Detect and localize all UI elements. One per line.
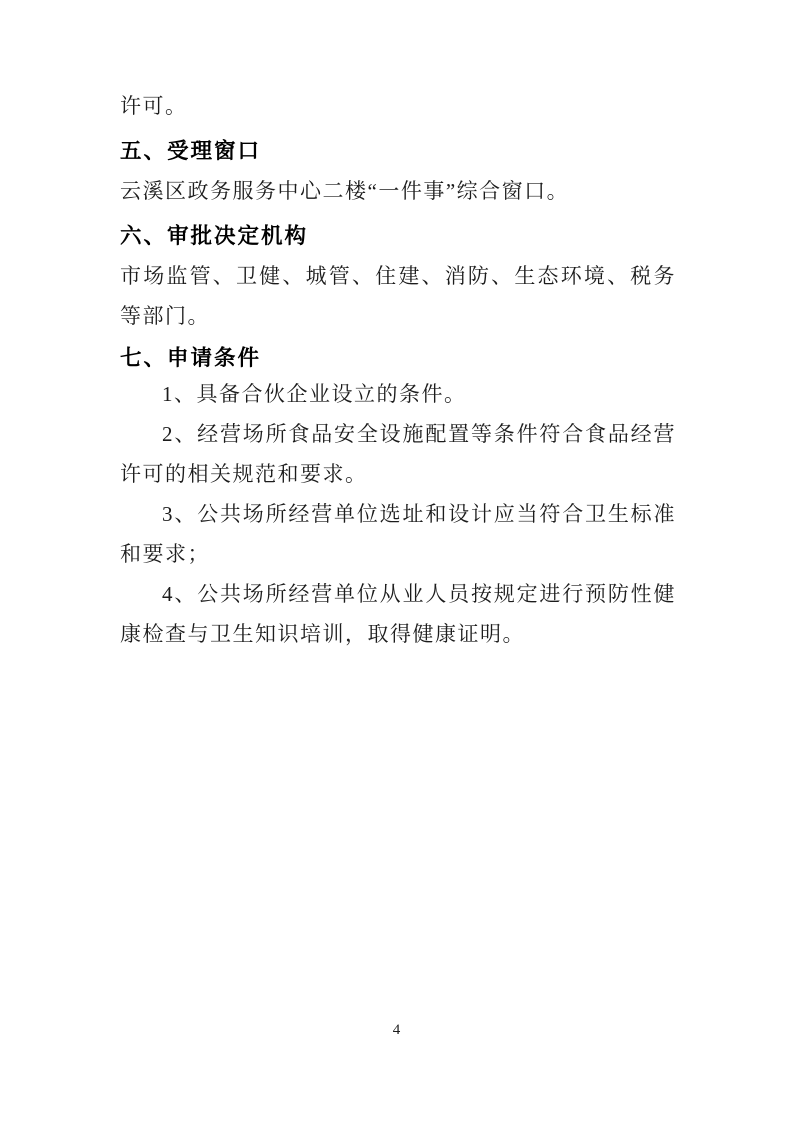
paragraph-section-5-body: 云溪区政务服务中心二楼“一件事”综合窗口。 [120, 171, 676, 211]
heading-section-5: 五、受理窗口 [120, 131, 676, 171]
paragraph-section-6-body: 市场监管、卫健、城管、住建、消防、生态环境、税务等部门。 [120, 256, 676, 336]
heading-section-7: 七、申请条件 [120, 342, 676, 374]
document-content: 许可。 五、受理窗口 云溪区政务服务中心二楼“一件事”综合窗口。 六、审批决定机… [120, 86, 676, 654]
page-number: 4 [393, 1022, 401, 1038]
list-item-condition-4: 4、公共场所经营单位从业人员按规定进行预防性健康检查与卫生知识培训，取得健康证明… [120, 574, 676, 654]
paragraph-continuation: 许可。 [120, 86, 676, 126]
list-item-condition-3: 3、公共场所经营单位选址和设计应当符合卫生标准和要求； [120, 494, 676, 574]
list-item-condition-2: 2、经营场所食品安全设施配置等条件符合食品经营许可的相关规范和要求。 [120, 414, 676, 494]
heading-section-6: 六、审批决定机构 [120, 216, 676, 256]
list-item-condition-1: 1、具备合伙企业设立的条件。 [120, 374, 676, 414]
page-footer: 4 [0, 1020, 793, 1040]
document-page: 许可。 五、受理窗口 云溪区政务服务中心二楼“一件事”综合窗口。 六、审批决定机… [0, 0, 793, 1122]
